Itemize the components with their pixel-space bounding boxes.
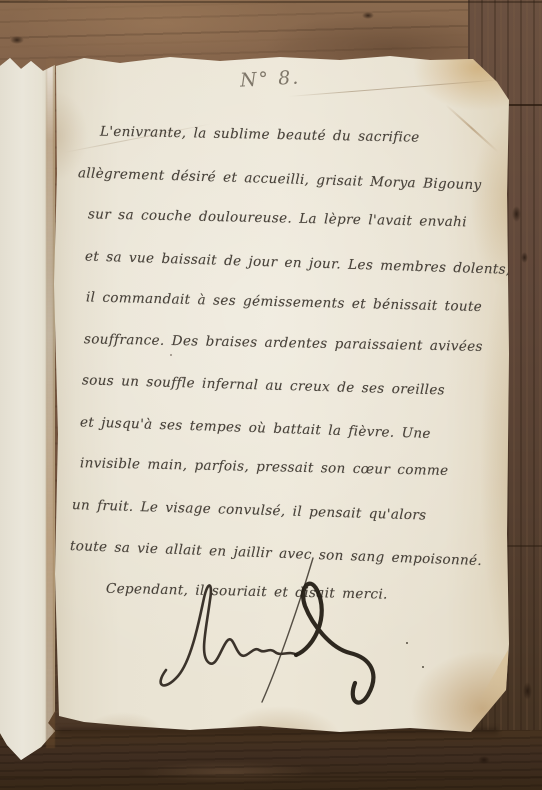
manuscript-line: souffrance. Des braises ardentes paraiss…	[70, 318, 501, 368]
wood-knot	[521, 252, 528, 263]
page-number: N° 8.	[240, 68, 301, 90]
wood-knot	[512, 206, 521, 222]
manuscript-line: L'enivrante, la sublime beauté du sacrif…	[70, 110, 501, 160]
wood-knot	[362, 12, 374, 19]
wood-knot	[523, 682, 532, 700]
wood-knot	[10, 36, 24, 44]
paper-speck	[422, 666, 424, 668]
manuscript-text: L'enivrante, la sublime beauté du sacrif…	[70, 110, 500, 608]
gutter-crease	[46, 58, 55, 748]
manuscript-line: sur sa couche douloureuse. La lèpre l'av…	[70, 193, 501, 243]
wood-knot	[478, 756, 490, 764]
crease-line	[288, 79, 502, 97]
wood-grain-bottom	[0, 730, 542, 790]
plank-seam	[0, 1, 542, 3]
manuscript-page: N° 8. L'enivrante, la sublime beauté du …	[50, 54, 510, 736]
plank-seam	[0, 776, 542, 778]
signature-flourish-icon	[150, 554, 410, 714]
plank-seam	[505, 104, 542, 106]
plank-seam	[505, 545, 542, 547]
manuscript-photo: N° 8. L'enivrante, la sublime beauté du …	[0, 0, 542, 790]
